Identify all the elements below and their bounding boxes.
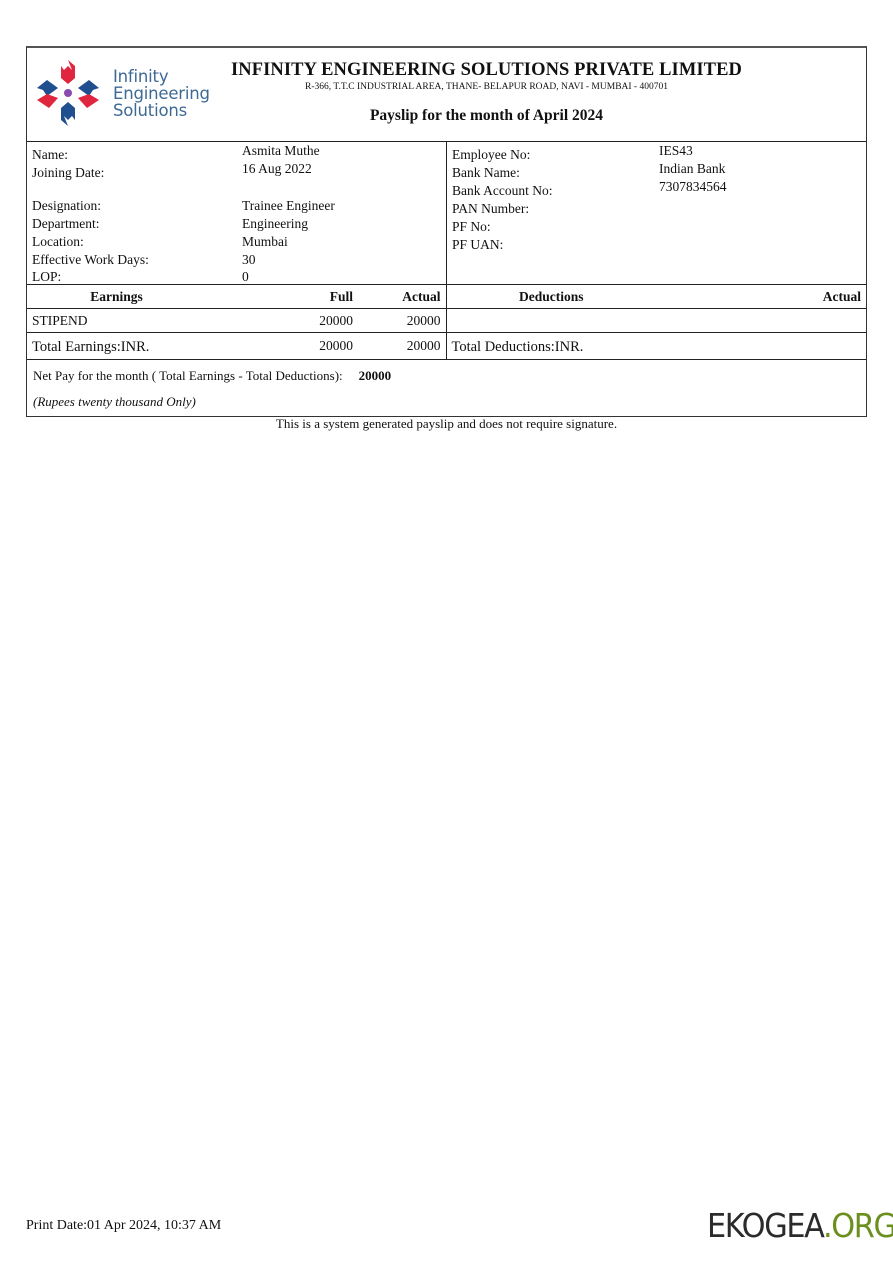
info-label-department: Department: (32, 216, 99, 232)
earnings-deductions-table: Earnings Full Actual Deductions Actual S… (27, 285, 866, 360)
deduction-actual (656, 309, 866, 333)
table-row: STIPEND 20000 20000 (27, 309, 866, 333)
company-address: R-366, T.T.C INDUSTRIAL AREA, THANE- BEL… (217, 81, 756, 93)
net-pay-label: Net Pay for the month ( Total Earnings -… (33, 368, 343, 383)
payslip: Infinity Engineering Solutions INFINITY … (26, 46, 867, 417)
earning-name: STIPEND (27, 309, 206, 333)
total-earnings-label: Total Earnings:INR. (27, 333, 206, 360)
logo-text-line: Infinity (113, 68, 210, 85)
payslip-title: Payslip for the month of April 2024 (217, 107, 756, 125)
info-label-work-days: Effective Work Days: (32, 252, 149, 268)
net-pay-amount: 20000 (359, 368, 392, 383)
info-label-employee-no: Employee No: (452, 147, 530, 163)
info-label-name: Name: (32, 147, 68, 163)
table-header-row: Earnings Full Actual Deductions Actual (27, 285, 866, 309)
deduction-name (446, 309, 656, 333)
employee-info-right: Employee No: IES43 Bank Name: Indian Ban… (447, 142, 866, 284)
info-label-pf-uan: PF UAN: (452, 237, 503, 253)
info-value-designation: Trainee Engineer (242, 198, 335, 214)
company-name: INFINITY ENGINEERING SOLUTIONS PRIVATE L… (217, 60, 756, 80)
watermark-logo: EKOGEA.ORG (707, 1206, 893, 1245)
info-label-location: Location: (32, 234, 84, 250)
watermark-suffix: .ORG (823, 1206, 893, 1245)
total-deductions-label: Total Deductions:INR. (446, 333, 656, 360)
header-full: Full (206, 285, 358, 309)
info-label-pf-no: PF No: (452, 219, 491, 235)
net-pay-line: Net Pay for the month ( Total Earnings -… (33, 368, 860, 384)
info-label-joining-date: Joining Date: (32, 165, 104, 181)
total-earnings-actual: 20000 (358, 333, 446, 360)
header-earnings: Earnings (27, 285, 206, 309)
info-value-employee-no: IES43 (659, 143, 693, 159)
logo-text-line: Solutions (113, 102, 210, 119)
net-pay-words: (Rupees twenty thousand Only) (33, 394, 860, 410)
info-value-joining-date: 16 Aug 2022 (242, 161, 312, 177)
info-label-bank-account: Bank Account No: (452, 183, 553, 199)
info-label-designation: Designation: (32, 198, 101, 214)
info-value-name: Asmita Muthe (242, 143, 320, 159)
logo-text: Infinity Engineering Solutions (113, 68, 210, 119)
system-generated-note: This is a system generated payslip and d… (0, 416, 893, 432)
info-value-bank-name: Indian Bank (659, 161, 725, 177)
info-value-department: Engineering (242, 216, 308, 232)
total-earnings-full: 20000 (206, 333, 358, 360)
info-label-lop: LOP: (32, 269, 61, 285)
info-label-pan: PAN Number: (452, 201, 529, 217)
earning-full: 20000 (206, 309, 358, 333)
employee-info-left: Name: Asmita Muthe Joining Date: 16 Aug … (27, 142, 447, 284)
employee-info: Name: Asmita Muthe Joining Date: 16 Aug … (27, 142, 866, 285)
company-block: INFINITY ENGINEERING SOLUTIONS PRIVATE L… (217, 60, 756, 125)
net-pay-section: Net Pay for the month ( Total Earnings -… (27, 360, 866, 416)
info-value-work-days: 30 (242, 252, 256, 268)
header-deductions-actual: Actual (656, 285, 866, 309)
payslip-header: Infinity Engineering Solutions INFINITY … (27, 48, 866, 142)
info-value-bank-account: 7307834564 (659, 179, 727, 195)
info-value-lop: 0 (242, 269, 249, 285)
company-logo: Infinity Engineering Solutions (33, 58, 213, 128)
total-deductions-actual (656, 333, 866, 360)
logo-text-line: Engineering (113, 85, 210, 102)
totals-row: Total Earnings:INR. 20000 20000 Total De… (27, 333, 866, 360)
watermark-main: EKOGEA (707, 1206, 823, 1245)
header-deductions: Deductions (446, 285, 656, 309)
info-value-location: Mumbai (242, 234, 288, 250)
info-label-bank-name: Bank Name: (452, 165, 520, 181)
earning-actual: 20000 (358, 309, 446, 333)
star-logo-icon (33, 58, 103, 128)
header-earnings-actual: Actual (358, 285, 446, 309)
print-date: Print Date:01 Apr 2024, 10:37 AM (26, 1218, 221, 1234)
